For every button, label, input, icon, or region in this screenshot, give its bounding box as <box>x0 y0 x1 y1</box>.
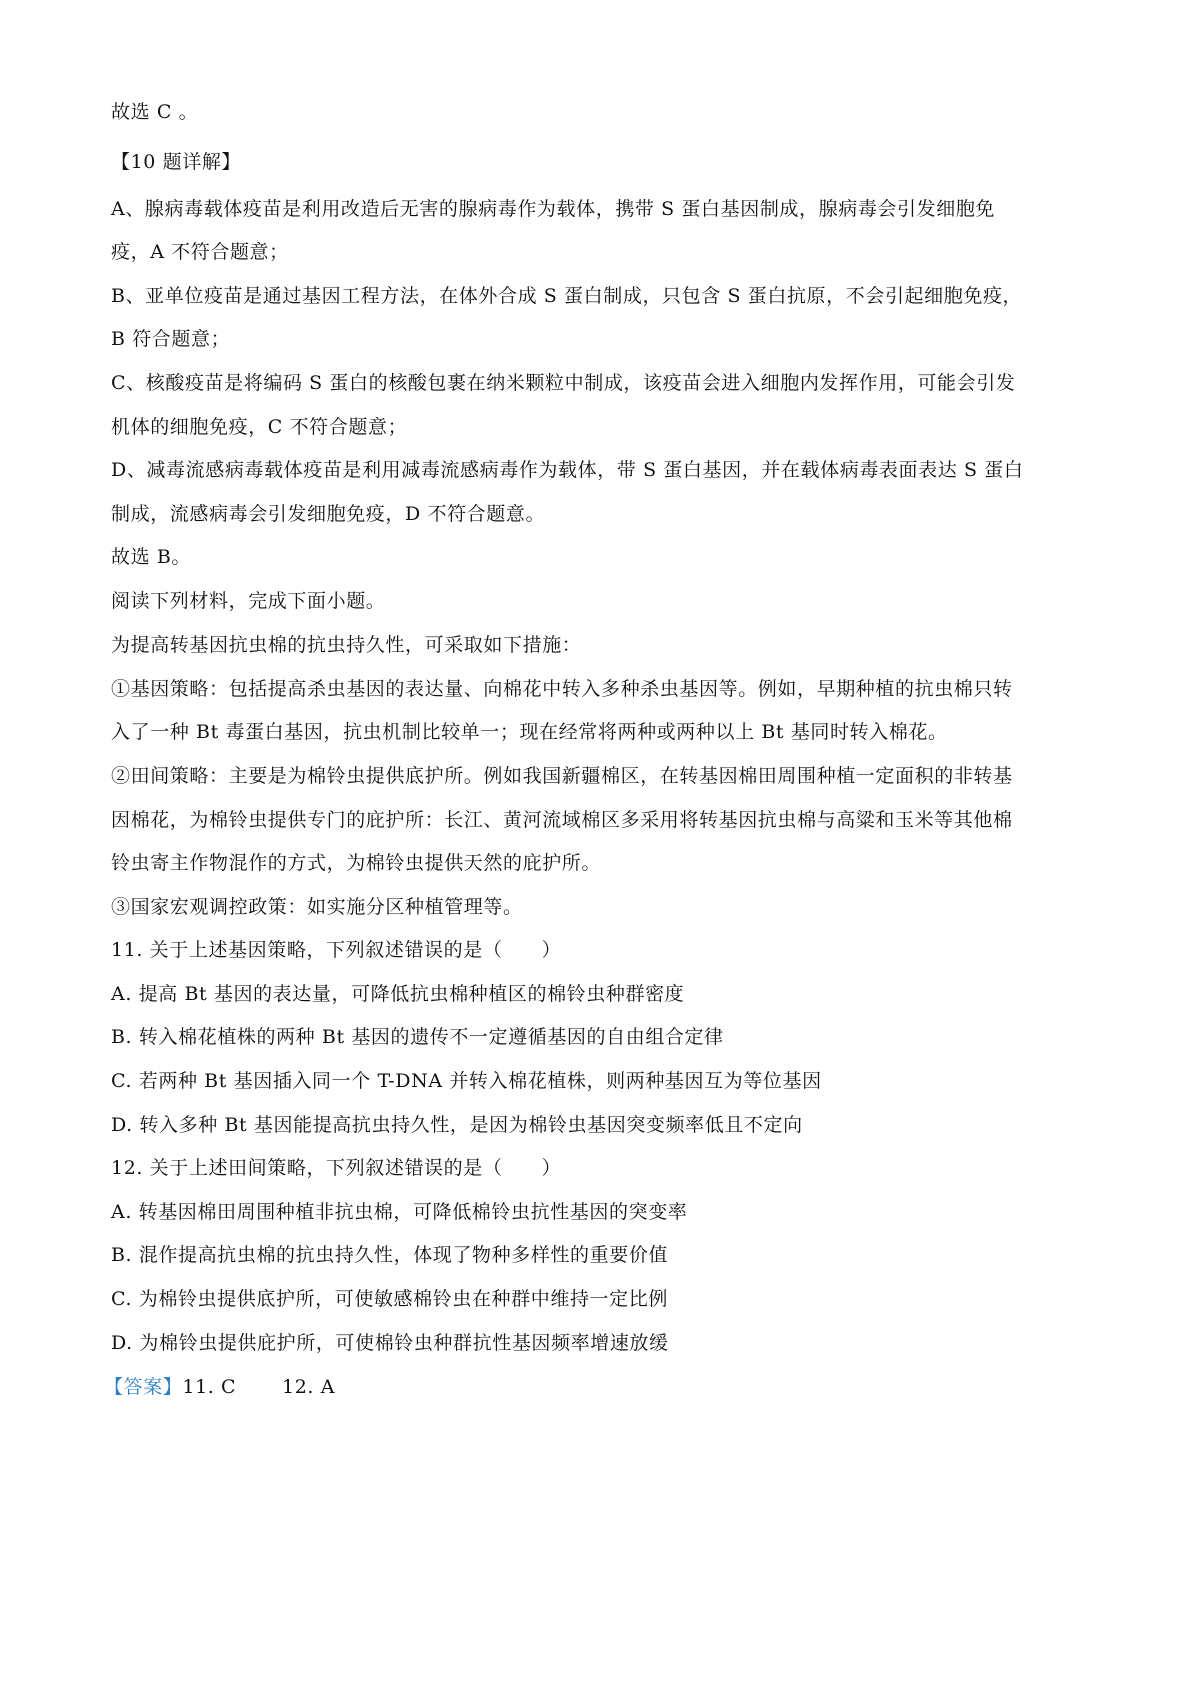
text-line: 机体的细胞免疫，C 不符合题意； <box>111 415 407 439</box>
text-line: 入了一种 Bt 毒蛋白基因，抗虫机制比较单一；现在经常将两种或两种以上 Bt 基… <box>111 720 948 744</box>
text-line: D. 转入多种 Bt 基因能提高抗虫持久性，是因为棉铃虫基因突变频率低且不定向 <box>111 1113 803 1137</box>
text-line: 因棉花，为棉铃虫提供专门的庇护所：长江、黄河流域棉区多采用将转基因抗虫棉与高粱和… <box>111 808 1013 832</box>
text-line: ③国家宏观调控政策：如实施分区种植管理等。 <box>111 895 523 919</box>
text-line: B. 混作提高抗虫棉的抗虫持久性，体现了物种多样性的重要价值 <box>111 1243 668 1267</box>
text-line: ①基因策略：包括提高杀虫基因的表达量、向棉花中转入多种杀虫基因等。例如，早期种植… <box>111 677 1013 701</box>
text-line: 制成，流感病毒会引发细胞免疫，D 不符合题意。 <box>111 502 545 526</box>
text-line: 故选 B。 <box>111 545 191 569</box>
text-line: B 符合题意； <box>111 327 230 351</box>
text-line: 阅读下列材料，完成下面小题。 <box>111 589 385 613</box>
text-line: C. 若两种 Bt 基因插入同一个 T-DNA 并转入棉花植株，则两种基因互为等… <box>111 1069 822 1093</box>
text-line: B. 转入棉花植株的两种 Bt 基因的遗传不一定遵循基因的自由组合定律 <box>111 1025 724 1049</box>
text-line: D. 为棉铃虫提供庇护所，可使棉铃虫种群抗性基因频率增速放缓 <box>111 1331 669 1355</box>
text-line: 疫，A 不符合题意； <box>111 240 289 264</box>
text-line: A. 提高 Bt 基因的表达量，可降低抗虫棉种植区的棉铃虫种群密度 <box>111 982 684 1006</box>
text-line: A、腺病毒载体疫苗是利用改造后无害的腺病毒作为载体，携带 S 蛋白基因制成，腺病… <box>111 197 995 221</box>
text-line: D、减毒流感病毒载体疫苗是利用减毒流感病毒作为载体，带 S 蛋白基因，并在载体病… <box>111 458 1023 482</box>
answer-values: 11. C 12. A <box>182 1376 335 1398</box>
text-line: 12. 关于上述田间策略，下列叙述错误的是（ ） <box>111 1156 561 1180</box>
text-line: 【10 题详解】 <box>111 150 241 174</box>
answer-tag: 【答案】 <box>104 1376 182 1398</box>
text-line: C、核酸疫苗是将编码 S 蛋白的核酸包裹在纳米颗粒中制成，该疫苗会进入细胞内发挥… <box>111 371 1015 395</box>
text-line: ②田间策略：主要是为棉铃虫提供底护所。例如我国新疆棉区，在转基因棉田周围种植一定… <box>111 764 1013 788</box>
answer-line: 【答案】11. C 12. A <box>104 1375 335 1399</box>
text-line: 11. 关于上述基因策略，下列叙述错误的是（ ） <box>111 938 561 962</box>
text-line: 铃虫寄主作物混作的方式，为棉铃虫提供天然的庇护所。 <box>111 851 601 875</box>
text-line: 故选 C 。 <box>111 100 198 124</box>
text-line: B、亚单位疫苗是通过基因工程方法，在体外合成 S 蛋白制成，只包含 S 蛋白抗原… <box>111 284 1022 308</box>
document-page: 故选 C 。【10 题详解】A、腺病毒载体疫苗是利用改造后无害的腺病毒作为载体，… <box>0 0 1200 1698</box>
text-line: A. 转基因棉田周围种植非抗虫棉，可降低棉铃虫抗性基因的突变率 <box>111 1200 687 1224</box>
text-line: 为提高转基因抗虫棉的抗虫持久性，可采取如下措施： <box>111 633 581 657</box>
text-line: C. 为棉铃虫提供底护所，可使敏感棉铃虫在种群中维持一定比例 <box>111 1287 668 1311</box>
